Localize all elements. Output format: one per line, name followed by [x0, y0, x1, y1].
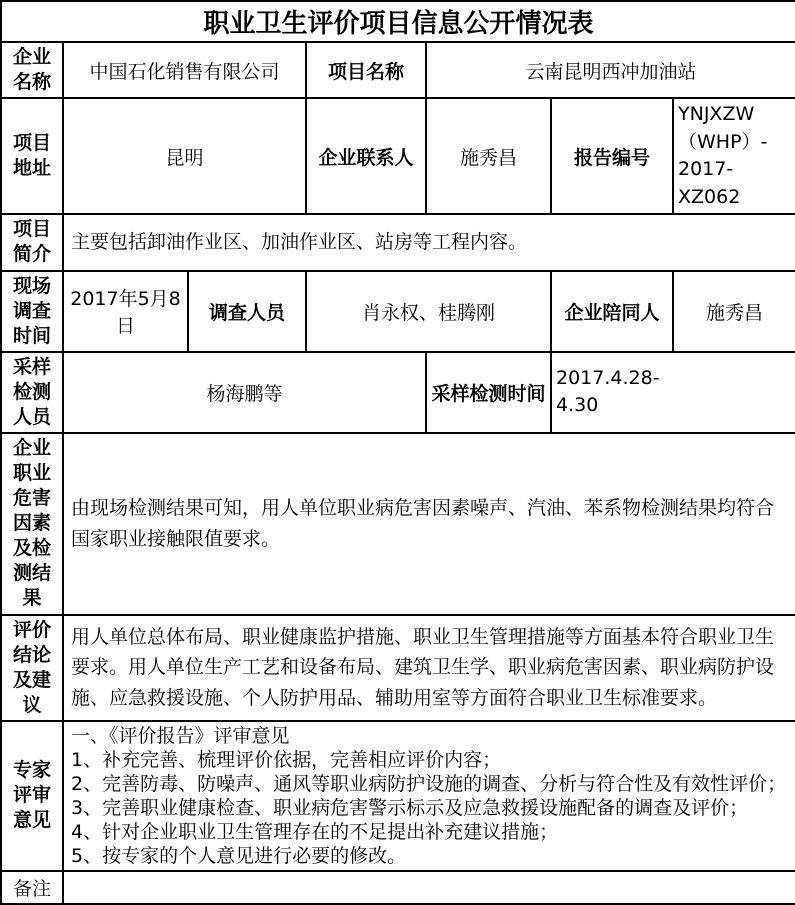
expert-review-label: 专家评审意见: [1, 721, 63, 871]
project-intro-value: 主要包括卸油作业区、加油作业区、站房等工程内容。: [63, 214, 795, 270]
conclusion-row: 评价结论及建议 用人单位总体布局、职业健康监护措施、职业卫生管理措施等方面基本符…: [1, 615, 795, 721]
hazard-factors-value: 由现场检测结果可知，用人单位职业病危害因素噪声、汽油、苯系物检测结果均符合国家职…: [63, 433, 795, 615]
surveyors-label: 调查人员: [188, 271, 306, 352]
project-address-label: 项目地址: [1, 98, 63, 214]
company-name-label: 企业名称: [1, 42, 63, 98]
hazard-row: 企业职业危害因素及检测结果 由现场检测结果可知，用人单位职业病危害因素噪声、汽油…: [1, 433, 795, 615]
project-name-label: 项目名称: [306, 42, 426, 98]
survey-date-value: 2017年5月8日: [63, 271, 188, 352]
expert-review-line-3: 2、完善防毒、防噪声、通风等职业病防护设施的调查、分析与符合性及有效性评价；: [71, 772, 788, 796]
intro-row: 项目简介 主要包括卸油作业区、加油作业区、站房等工程内容。: [1, 214, 795, 270]
survey-time-label: 现场调查时间: [1, 271, 63, 352]
expert-review-line-4: 3、完善职业健康检查、职业病危害警示标示及应急救援设施配备的调查及评价；: [71, 796, 788, 820]
surveyors-value: 肖永权、桂腾刚: [306, 271, 551, 352]
company-row: 企业名称 中国石化销售有限公司 项目名称 云南昆明西冲加油站: [1, 42, 795, 98]
notes-label: 备注: [1, 871, 63, 904]
expert-review-value: 一、《评价报告》评审意见 1、补充完善、梳理评价依据，完善相应评价内容； 2、完…: [63, 721, 795, 871]
project-intro-label: 项目简介: [1, 214, 63, 270]
survey-row: 现场调查时间 2017年5月8日 调查人员 肖永权、桂腾刚 企业陪同人 施秀昌: [1, 271, 795, 352]
page-title: 职业卫生评价项目信息公开情况表: [1, 1, 795, 42]
info-table: 职业卫生评价项目信息公开情况表 企业名称 中国石化销售有限公司 项目名称 云南昆…: [0, 0, 795, 905]
sampling-staff-label: 采样检测人员: [1, 352, 63, 433]
address-row: 项目地址 昆明 企业联系人 施秀昌 报告编号 YNJXZW （WHP）- 201…: [1, 98, 795, 214]
escort-label: 企业陪同人: [551, 271, 673, 352]
expert-review-line-6: 5、按专家的个人意见进行必要的修改。: [71, 844, 788, 868]
company-contact-value: 施秀昌: [426, 98, 551, 214]
sampling-staff-value: 杨海鹏等: [63, 352, 426, 433]
project-name-value: 云南昆明西冲加油站: [426, 42, 795, 98]
conclusion-label: 评价结论及建议: [1, 615, 63, 721]
company-name-value: 中国石化销售有限公司: [63, 42, 306, 98]
report-number-label: 报告编号: [551, 98, 673, 214]
expert-review-line-2: 1、补充完善、梳理评价依据，完善相应评价内容；: [71, 748, 788, 772]
sampling-time-value: 2017.4.28- 4.30: [551, 352, 795, 433]
expert-review-line-5: 4、针对企业职业卫生管理存在的不足提出补充建议措施；: [71, 820, 788, 844]
company-contact-label: 企业联系人: [306, 98, 426, 214]
expert-review-row: 专家评审意见 一、《评价报告》评审意见 1、补充完善、梳理评价依据，完善相应评价…: [1, 721, 795, 871]
notes-row: 备注: [1, 871, 795, 904]
hazard-factors-label: 企业职业危害因素及检测结果: [1, 433, 63, 615]
escort-value: 施秀昌: [673, 271, 795, 352]
expert-review-line-1: 一、《评价报告》评审意见: [71, 724, 788, 748]
sampling-time-label: 采样检测时间: [426, 352, 551, 433]
title-row: 职业卫生评价项目信息公开情况表: [1, 1, 795, 42]
report-number-value: YNJXZW （WHP）- 2017-XZ062: [673, 98, 795, 214]
sampling-row: 采样检测人员 杨海鹏等 采样检测时间 2017.4.28- 4.30: [1, 352, 795, 433]
project-address-value: 昆明: [63, 98, 306, 214]
notes-value: [63, 871, 795, 904]
conclusion-value: 用人单位总体布局、职业健康监护措施、职业卫生管理措施等方面基本符合职业卫生要求。…: [63, 615, 795, 721]
